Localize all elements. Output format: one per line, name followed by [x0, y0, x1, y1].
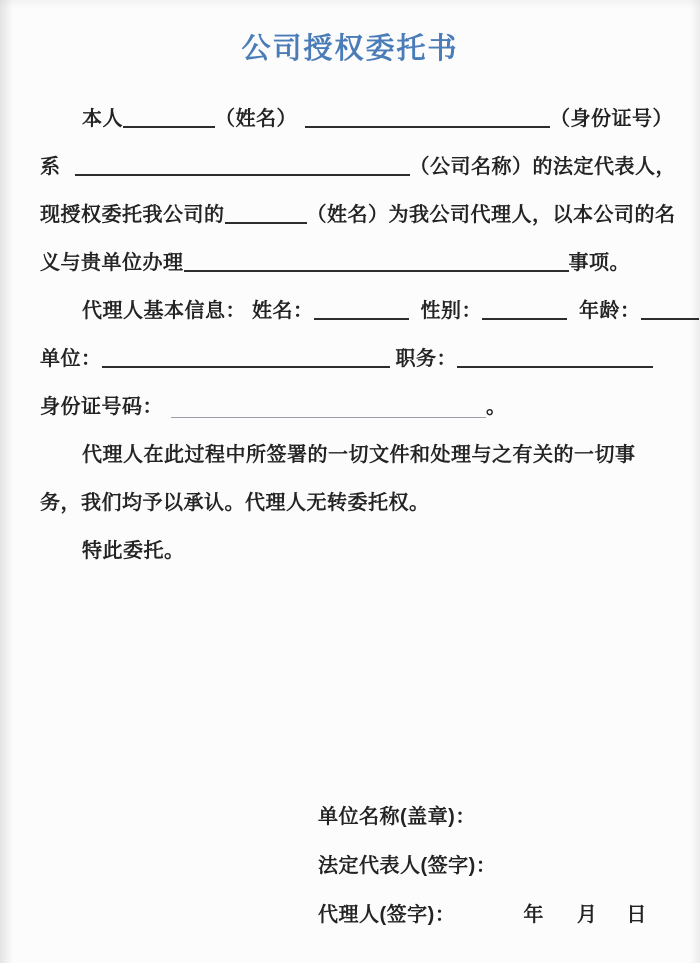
company-seal-label: 单位名称(盖章)：: [318, 806, 476, 828]
line-matters: 义与贵单位办理事项。: [40, 239, 660, 287]
principal-name-blank: [123, 116, 215, 128]
document-body: 本人（姓名）（身份证号） 系（公司名称）的法定代表人， 现授权委托我公司的（姓名…: [0, 67, 700, 575]
id-hint: （身份证号）: [550, 108, 673, 130]
duty-label: 职务：: [396, 348, 458, 370]
agent-id-blank: [171, 407, 486, 418]
principal-label: 本人: [82, 108, 123, 130]
matters-prefix: 义与贵单位办理: [40, 252, 184, 274]
document-page: 公司授权委托书 本人（姓名）（身份证号） 系（公司名称）的法定代表人， 现授权委…: [0, 0, 700, 963]
line-acknowledgement-1: 代理人在此过程中所签署的一切文件和处理与之有关的一切事: [40, 431, 660, 479]
closing-text: 特此委托。: [82, 540, 185, 562]
agent-name-label: 姓名：: [252, 300, 314, 322]
company-prefix: 系: [40, 156, 61, 178]
agent-signature-label: 代理人(签字)：: [318, 904, 455, 926]
line-authorization: 现授权委托我公司的（姓名）为我公司代理人，以本公司的名: [40, 191, 660, 239]
agent-name-blank: [225, 212, 307, 224]
acknowledgement-text-1: 代理人在此过程中所签署的一切文件和处理与之有关的一切事: [82, 444, 636, 466]
company-hint: （公司名称）的法定代表人，: [410, 156, 677, 178]
agent-gender-blank: [482, 308, 567, 320]
line-company: 系（公司名称）的法定代表人，: [40, 143, 660, 191]
signature-block: 单位名称(盖章)： 法定代表人(签字)： 代理人(签字)：年月日: [0, 793, 700, 940]
matters-blank: [184, 260, 569, 272]
authorize-suffix: （姓名）为我公司代理人，以本公司的名: [307, 204, 676, 226]
line-acknowledgement-2: 务，我们均予以承认。代理人无转委托权。: [40, 479, 660, 527]
name-hint: （姓名）: [215, 108, 297, 130]
document-title: 公司授权委托书: [0, 0, 700, 67]
legal-rep-label: 法定代表人(签字)：: [318, 855, 496, 877]
company-name-blank: [75, 164, 410, 176]
agent-info-name-blank: [314, 308, 409, 320]
agent-age-label: 年龄：: [579, 300, 641, 322]
agent-info-intro: 代理人基本信息：: [82, 300, 246, 322]
line-agent-id: 身份证号码：。: [40, 383, 660, 431]
agent-id-suffix: 。: [486, 396, 507, 418]
line-principal: 本人（姓名）（身份证号）: [40, 95, 660, 143]
month-label: 月: [577, 904, 598, 926]
agent-signature-date-line: 代理人(签字)：年月日: [318, 891, 700, 940]
unit-blank: [102, 356, 390, 368]
line-closing: 特此委托。: [40, 527, 660, 575]
day-label: 日: [626, 904, 647, 926]
legal-rep-signature-line: 法定代表人(签字)：: [318, 842, 700, 891]
line-unit-duty: 单位：职务：: [40, 335, 660, 383]
line-agent-basic-info: 代理人基本信息：姓名：性别：年龄：: [40, 287, 660, 335]
acknowledgement-text-2: 务，我们均予以承认。代理人无转委托权。: [40, 492, 430, 514]
unit-label: 单位：: [40, 348, 102, 370]
year-label: 年: [523, 904, 544, 926]
duty-blank: [457, 356, 653, 368]
matters-suffix: 事项。: [569, 252, 631, 274]
agent-id-label: 身份证号码：: [40, 396, 163, 418]
agent-gender-label: 性别：: [421, 300, 483, 322]
principal-id-blank: [305, 116, 550, 128]
authorize-prefix: 现授权委托我公司的: [40, 204, 225, 226]
agent-age-blank: [641, 308, 699, 320]
company-seal-line: 单位名称(盖章)：: [318, 793, 700, 842]
